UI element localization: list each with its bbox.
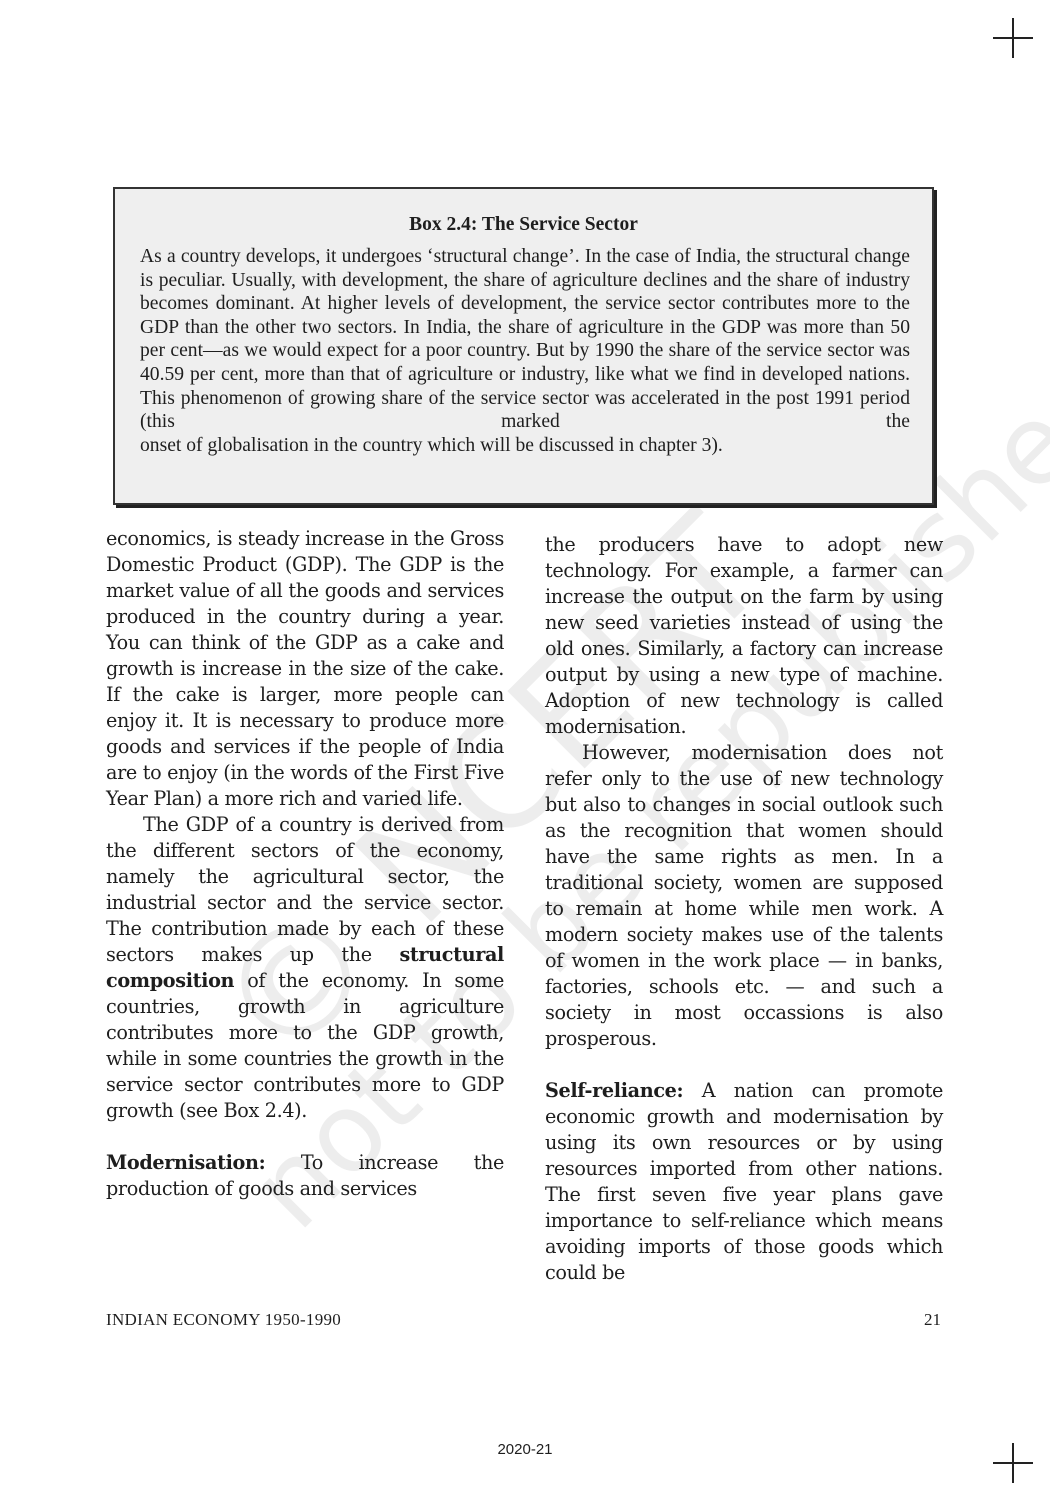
paragraph-self-reliance: Self-reliance: A nation can promote econ… — [545, 1078, 943, 1286]
edition-year: 2020-21 — [0, 1441, 1050, 1458]
page-number: 21 — [924, 1310, 941, 1330]
crop-mark-top — [993, 18, 1033, 58]
service-sector-box: Box 2.4: The Service Sector As a country… — [113, 187, 934, 505]
paragraph-gdp-growth: economics, is steady increase in the Gro… — [106, 526, 504, 812]
paragraph-social-outlook: However, modernisation does not refer on… — [545, 740, 943, 1052]
box-body: As a country develops, it undergoes ‘str… — [140, 245, 910, 457]
box-body-last-line: onset of globalisation in the country wh… — [140, 434, 910, 458]
paragraph-modernisation: Modernisation: To increase the productio… — [106, 1150, 504, 1202]
heading-self-reliance: Self-reliance: — [545, 1079, 683, 1102]
paragraph-new-technology: the producers have to adopt new technolo… — [545, 532, 943, 740]
box-body-text: As a country develops, it undergoes ‘str… — [140, 245, 910, 434]
heading-modernisation: Modernisation: — [106, 1151, 265, 1174]
box-title: Box 2.4: The Service Sector — [115, 214, 932, 236]
left-column: economics, is steady increase in the Gro… — [106, 526, 504, 1202]
right-column: the producers have to adopt new technolo… — [545, 532, 943, 1286]
paragraph-structural-composition: The GDP of a country is derived from the… — [106, 812, 504, 1124]
running-footer-title: INDIAN ECONOMY 1950-1990 — [106, 1310, 341, 1330]
